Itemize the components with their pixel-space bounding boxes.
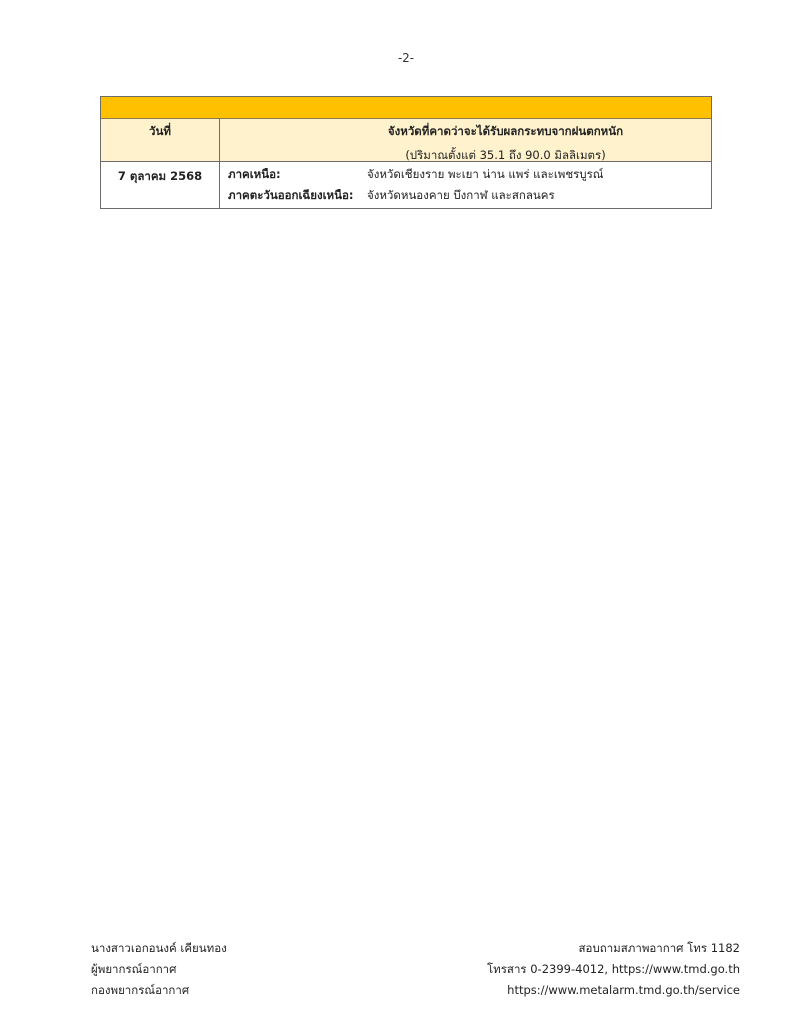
contact-fax-website: โทรสาร 0-2399-4012, https://www.tmd.go.t… [487,959,740,980]
provinces-header-title: จังหวัดที่คาดว่าจะได้รับผลกระทบจากฝนตกหน… [220,119,711,141]
region-provinces: จังหวัดเชียงราย พะเยา น่าน แพร่ และเพชรบ… [367,164,711,185]
region-name: ภาคตะวันออกเฉียงเหนือ: [228,185,367,206]
footer-forecaster-signature: นางสาวเอกอนงค์ เคียนทอง ผู้พยากรณ์อากาศ … [91,938,227,1001]
contact-phone: สอบถามสภาพอากาศ โทร 1182 [487,938,740,959]
table-banner [101,97,711,119]
region-name: ภาคเหนือ: [228,164,367,185]
forecaster-division: กองพยากรณ์อากาศ [91,980,227,1001]
row-provinces: ภาคเหนือ: จังหวัดเชียงราย พะเยา น่าน แพร… [220,162,711,208]
date-column-header: วันที่ [101,119,220,161]
forecaster-name: นางสาวเอกอนงค์ เคียนทอง [91,938,227,959]
row-date: 7 ตุลาคม 2568 [101,162,220,208]
heavy-rain-forecast-table: วันที่ จังหวัดที่คาดว่าจะได้รับผลกระทบจา… [100,96,712,209]
page-number: -2- [0,51,800,65]
footer-contact-info: สอบถามสภาพอากาศ โทร 1182 โทรสาร 0-2399-4… [487,938,740,1001]
region-provinces: จังหวัดหนองคาย บึงกาฬ และสกลนคร [367,185,711,206]
provinces-column-header: จังหวัดที่คาดว่าจะได้รับผลกระทบจากฝนตกหน… [220,119,711,161]
table-header-row: วันที่ จังหวัดที่คาดว่าจะได้รับผลกระทบจา… [101,119,711,162]
region-line-northeast: ภาคตะวันออกเฉียงเหนือ: จังหวัดหนองคาย บึ… [220,185,711,206]
table-row: 7 ตุลาคม 2568 ภาคเหนือ: จังหวัดเชียงราย … [101,162,711,208]
region-line-north: ภาคเหนือ: จังหวัดเชียงราย พะเยา น่าน แพร… [220,164,711,185]
forecaster-title: ผู้พยากรณ์อากาศ [91,959,227,980]
contact-service-link: https://www.metalarm.tmd.go.th/service [487,980,740,1001]
